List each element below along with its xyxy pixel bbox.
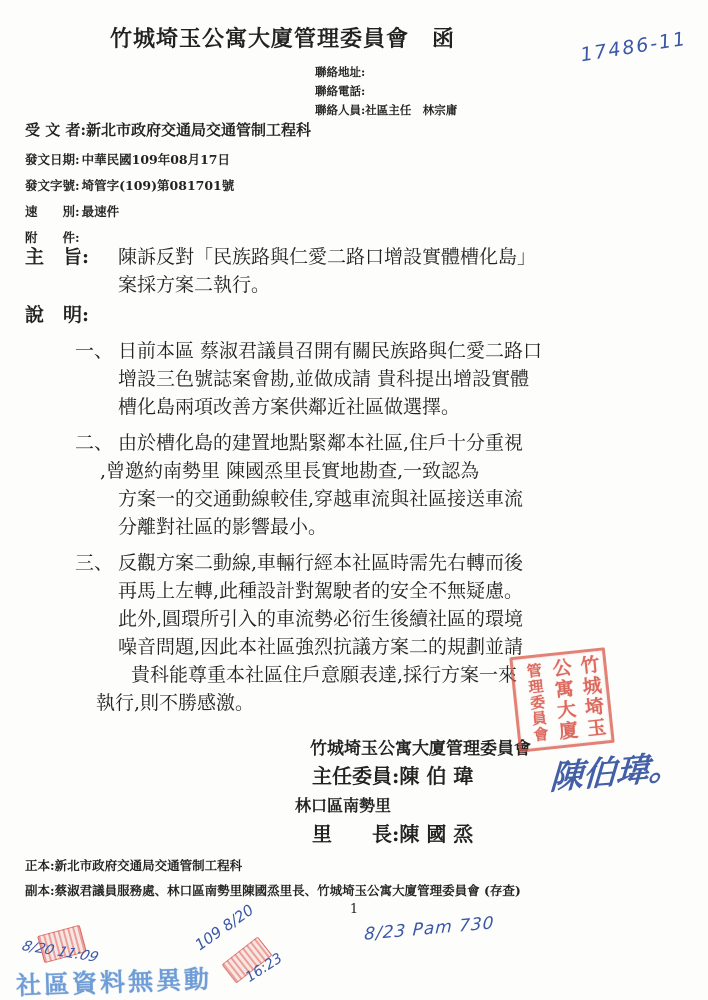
- letter-body: 主 旨: 陳訴反對「民族路與仁愛二路口增設實體槽化島」 案採方案二執行。 說 明…: [25, 243, 618, 717]
- priority-value: 最速件: [82, 204, 120, 219]
- text-line: 分離對社區的影響最小。: [118, 513, 618, 541]
- closing-organization: 竹城埼玉公寓大廈管理委員會: [310, 738, 531, 760]
- chairman-name-line: 主任委員:陳 伯 瑋: [312, 763, 531, 790]
- village-chief-line: 里 長:陳 國 烝: [312, 821, 531, 848]
- original-copy-line: 正本:新北市政府交通局交通管制工程科: [25, 858, 521, 874]
- item-number: 二、: [75, 429, 118, 541]
- handwritten-note-right: 8/23 Pam 730: [364, 913, 495, 945]
- text-line: 增設三色號誌案會勘,並做成請 貴科提出增設實體: [118, 365, 618, 393]
- text-line: 再馬上左轉,此種設計對駕駛者的安全不無疑慮。: [118, 577, 618, 605]
- item-text: 日前本區 蔡淑君議員召開有關民族路與仁愛二路口 增設三色號誌案會勘,並做成請 貴…: [118, 337, 618, 421]
- contact-block: 聯絡地址: 聯絡電話: 聯絡人員:社區主任 林宗庸: [315, 63, 457, 120]
- doc-number-value: 埼管字(109)第081701號: [82, 178, 235, 193]
- recipient-label: 受 文 者:: [25, 121, 86, 139]
- subject-text: 陳訴反對「民族路與仁愛二路口增設實體槽化島」 案採方案二執行。: [118, 243, 536, 299]
- page-number: 1: [0, 902, 708, 917]
- item-number: 一、: [75, 337, 118, 421]
- cc-copy-line: 副本:蔡淑君議員服務處、林口區南勢里陳國烝里長、竹城埼玉公寓大廈管理委員會 (存…: [25, 883, 521, 899]
- text-line: 槽化島兩項改善方案供鄰近社區做選擇。: [118, 393, 618, 421]
- issue-date-value: 中華民國109年08月17日: [82, 152, 230, 167]
- explanation-item-1: 一、 日前本區 蔡淑君議員召開有關民族路與仁愛二路口 增設三色號誌案會勘,並做成…: [75, 337, 618, 421]
- doc-number-line: 發文字號:埼管字(109)第081701號: [25, 178, 311, 194]
- subject-label: 主 旨:: [25, 243, 118, 271]
- subject-row: 主 旨: 陳訴反對「民族路與仁愛二路口增設實體槽化島」 案採方案二執行。: [25, 243, 618, 299]
- text-line: 由於槽化島的建置地點緊鄰本社區,住戶十分重視: [118, 429, 618, 457]
- contact-phone-label: 聯絡電話:: [315, 82, 457, 101]
- page-title: 竹城埼玉公寓大廈管理委員會 函: [110, 22, 455, 53]
- letter-meta: 受 文 者:新北市政府交通局交通管制工程科 發文日期:中華民國109年08月17…: [25, 120, 311, 246]
- text-line: 反觀方案二動線,車輛行經本社區時需先右轉而後: [118, 549, 618, 577]
- issue-date-line: 發文日期:中華民國109年08月17日: [25, 152, 311, 168]
- recipient-line: 受 文 者:新北市政府交通局交通管制工程科: [25, 120, 311, 140]
- item-text: 由於槽化島的建置地點緊鄰本社區,住戶十分重視 ,曾邀約南勢里 陳國烝里長實地勘查…: [118, 429, 618, 541]
- issue-date-label: 發文日期:: [25, 152, 80, 167]
- copies-block: 正本:新北市政府交通局交通管制工程科 副本:蔡淑君議員服務處、林口區南勢里陳國烝…: [25, 858, 521, 899]
- subject-line: 陳訴反對「民族路與仁愛二路口增設實體槽化島」: [118, 243, 536, 271]
- contact-address-label: 聯絡地址:: [315, 63, 457, 82]
- blue-stamp-no-change: 社區資料無異動: [15, 960, 212, 1000]
- closing-block: 竹城埼玉公寓大廈管理委員會 主任委員:陳 伯 瑋 林口區南勢里 里 長:陳 國 …: [295, 738, 531, 848]
- explanation-label: 說 明:: [25, 301, 118, 329]
- recipient-value: 新北市政府交通局交通管制工程科: [86, 121, 311, 139]
- text-line: 方案一的交通動線較佳,穿越車流與社區接送車流: [118, 485, 618, 513]
- committee-seal-stamp: 竹城埼玉 公寓大廈 管理委員會: [509, 647, 615, 753]
- contact-person: 聯絡人員:社區主任 林宗庸: [315, 101, 457, 120]
- village-name: 林口區南勢里: [295, 796, 531, 816]
- explanation-item-2: 二、 由於槽化島的建置地點緊鄰本社區,住戶十分重視 ,曾邀約南勢里 陳國烝里長實…: [75, 429, 618, 541]
- text-line: 此外,圓環所引入的車流勢必衍生後續社區的環境: [118, 605, 618, 633]
- subject-line: 案採方案二執行。: [118, 271, 536, 299]
- priority-line: 速 別:最速件: [25, 204, 311, 220]
- priority-label: 速 別:: [25, 204, 80, 219]
- doc-number-label: 發文字號:: [25, 178, 80, 193]
- text-line: ,曾邀約南勢里 陳國烝里長實地勘查,一致認為: [100, 457, 618, 485]
- text-line: 日前本區 蔡淑君議員召開有關民族路與仁愛二路口: [118, 337, 618, 365]
- scanned-official-letter: 竹城埼玉公寓大廈管理委員會 函 17486-11 聯絡地址: 聯絡電話: 聯絡人…: [0, 0, 708, 1000]
- handwritten-ref-number: 17486-11: [579, 28, 689, 67]
